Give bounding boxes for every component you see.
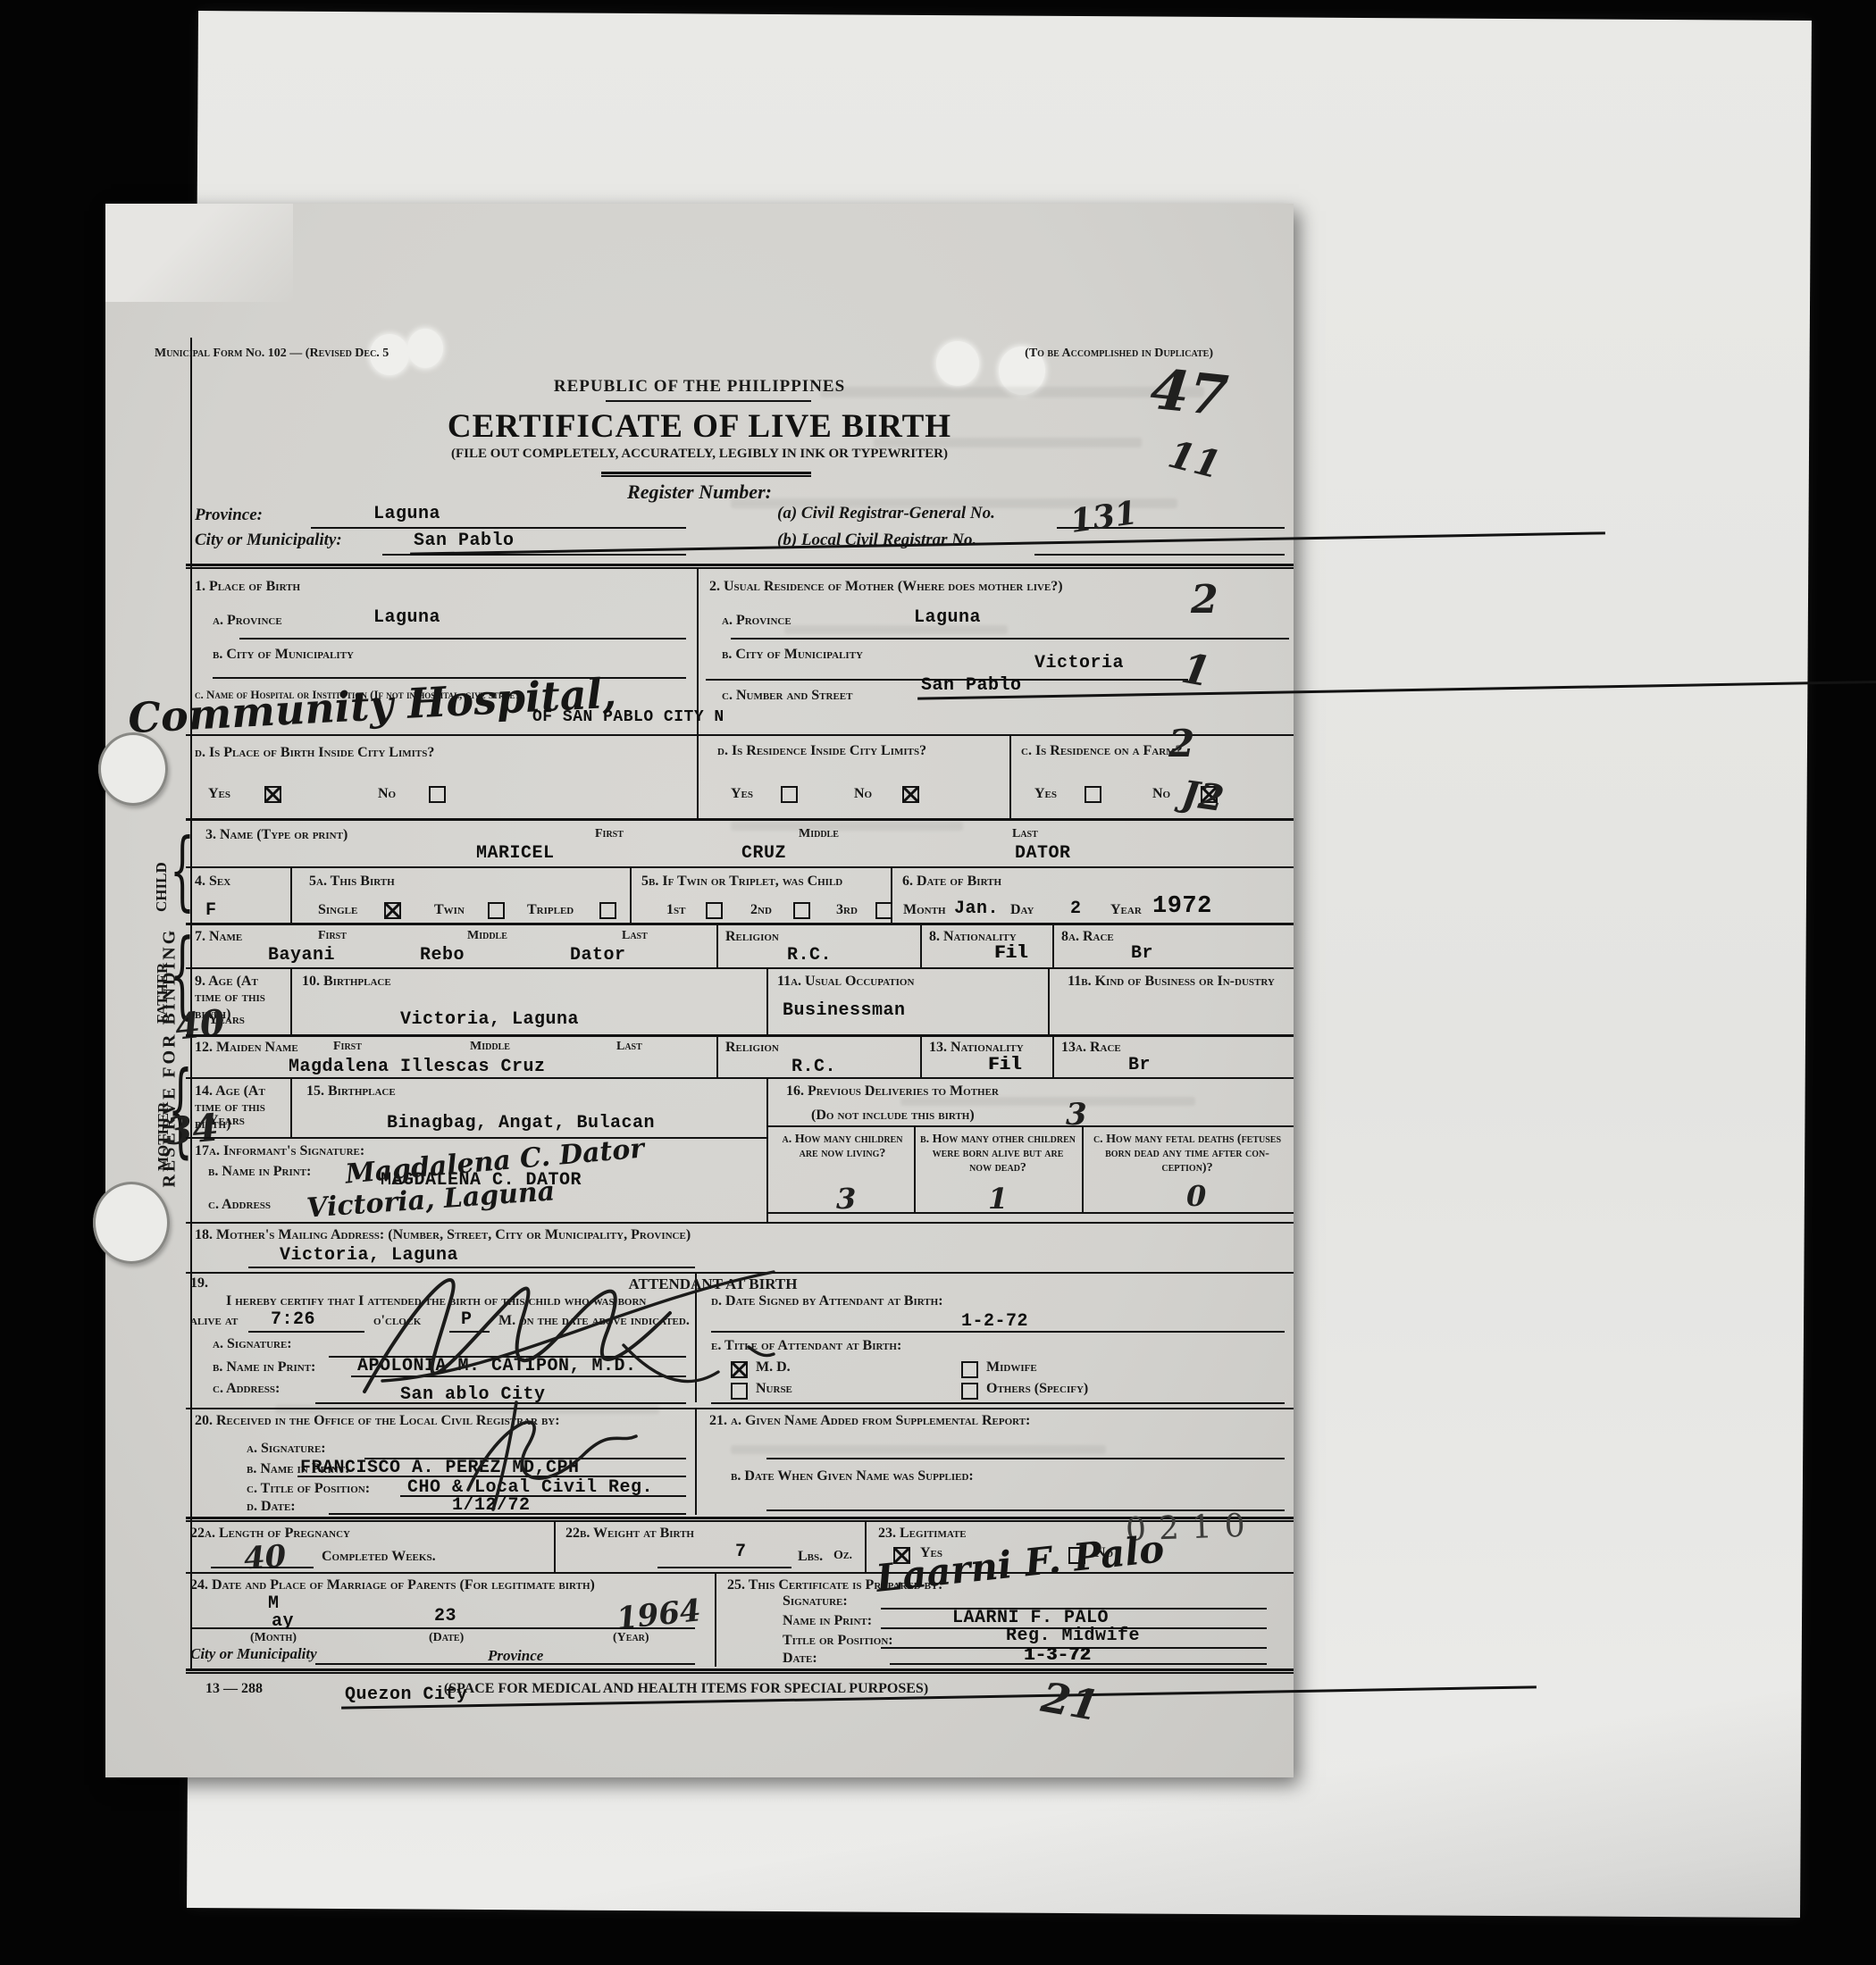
cell-divider — [716, 1034, 718, 1077]
place-no-label: No — [378, 786, 396, 802]
header-divider — [186, 564, 1294, 569]
cell-divider — [554, 1522, 556, 1572]
opt3-checkbox — [875, 902, 892, 919]
others-checkbox — [961, 1383, 978, 1400]
farm-tick: J2 — [1179, 773, 1227, 820]
completed-weeks-label: Completed Weeks. — [322, 1549, 436, 1565]
scanned-page: RESERVE FOR BINDING Municipal Form No. 1… — [0, 0, 1876, 1965]
reg-title-label: c. Title of Position: — [247, 1481, 370, 1497]
marriage-city-label: City or Municipality — [190, 1645, 317, 1663]
cell-divider — [766, 967, 768, 1034]
line — [186, 923, 1294, 925]
child-name-label: 3. Name (Type or print) — [205, 827, 348, 843]
footer-note: (SPACE FOR MEDICAL AND HEALTH ITEMS FOR … — [329, 1681, 1043, 1697]
opt2-label: 2nd — [750, 902, 772, 918]
line — [186, 1408, 1294, 1409]
certificate-title: CERTIFICATE OF LIVE BIRTH — [105, 407, 1294, 446]
living-value: 3 — [836, 1182, 856, 1216]
whiteout-blob — [407, 329, 443, 368]
hospital-handwritten: Community Hospital, — [127, 669, 617, 743]
mother-birthplace-value: Binagbag, Angat, Bulacan — [387, 1113, 655, 1133]
farm-divider — [1009, 734, 1011, 820]
father-birthplace-value: Victoria, Laguna — [400, 1009, 579, 1030]
mother-maiden-name: Magdalena Illescas Cruz — [289, 1057, 546, 1077]
single-checkbox — [384, 902, 401, 919]
republic-heading: REPUBLIC OF THE PHILIPPINES — [105, 377, 1294, 397]
marriage-province-label: Province — [488, 1647, 543, 1665]
last-col-label: Last — [1012, 827, 1038, 841]
md-label: M. D. — [756, 1359, 791, 1375]
q-dead: b. How many other children were born ali… — [920, 1133, 1076, 1175]
midwife-label: Midwife — [986, 1359, 1037, 1375]
prepared-title-value: Reg. Midwife — [1006, 1626, 1140, 1646]
prev-deliveries-label: 16. Previous Deliveries to Mother — [786, 1083, 999, 1100]
nurse-label: Nurse — [756, 1381, 792, 1397]
line — [329, 1513, 686, 1515]
footer-handwritten-mark: 21 — [1038, 1673, 1102, 1730]
province-line — [311, 527, 686, 529]
sex-label: 4. Sex — [195, 874, 230, 890]
att-sig-label: a. Signature: — [213, 1336, 292, 1352]
line — [186, 734, 1294, 736]
father-middle-lbl: Middle — [467, 929, 507, 943]
line — [211, 1567, 314, 1568]
cell-divider — [290, 967, 292, 1034]
child-first-name: MARICEL — [476, 843, 555, 864]
father-race: Br — [1131, 943, 1153, 964]
hospital-typed: OF SAN PABLO CITY N — [532, 708, 724, 726]
place-yes-checkbox — [264, 786, 281, 803]
line — [186, 866, 1294, 868]
year-paren-label: (Year) — [613, 1631, 649, 1645]
res-province-value: Laguna — [914, 607, 981, 628]
date-signed-label: d. Date Signed by Attendant at Birth: — [711, 1293, 943, 1309]
margin-mark-2: 2 — [1191, 577, 1219, 623]
prev-value: 3 — [1066, 1097, 1087, 1133]
place-of-birth-title: 1. Place of Birth — [195, 579, 300, 595]
farm-no-label: No — [1152, 786, 1170, 802]
line — [186, 967, 1294, 969]
form-number: Municipal Form No. 102 — (Revised Dec. 5 — [155, 347, 389, 361]
place-no-checkbox — [429, 786, 446, 803]
child-middle-name: CRUZ — [741, 843, 786, 864]
q-fetal: c. How many fetal deaths (fetuses born d… — [1088, 1133, 1286, 1175]
cell-divider — [290, 1077, 292, 1137]
att-title-label: e. Title of Attendant at Birth: — [711, 1338, 901, 1354]
father-first-lbl: First — [318, 929, 347, 943]
line — [766, 1125, 1294, 1127]
legitimate-label: 23. Legitimate — [878, 1526, 967, 1542]
twin-label: 5b. If Twin or Triplet, was Child — [641, 874, 842, 890]
item19-number: 19. — [190, 1275, 208, 1292]
res-yes-checkbox — [781, 786, 798, 803]
father-middle: Rebo — [420, 945, 465, 966]
cell-divider — [1052, 923, 1054, 967]
att-address-label: c. Address: — [213, 1381, 280, 1397]
alive-at-label: alive at — [190, 1313, 238, 1329]
day-label: Day — [1010, 902, 1034, 918]
heading-underline — [606, 400, 811, 402]
oz-label: Oz. — [833, 1549, 852, 1563]
prepared-date-label: Date: — [783, 1651, 817, 1667]
cell-divider — [290, 866, 292, 923]
mother-birthplace-label: 15. Birthplace — [306, 1083, 396, 1100]
line — [711, 1331, 1285, 1333]
opt2-checkbox — [793, 902, 810, 919]
supplemental-a-label: 21. a. Given Name Added from Supplementa… — [709, 1413, 1030, 1429]
mother-religion: R.C. — [791, 1057, 836, 1077]
maiden-name-label: 12. Maiden Name — [195, 1040, 298, 1056]
father-nationality: Fil — [994, 943, 1028, 964]
opt3-label: 3rd — [836, 902, 858, 918]
title-underline — [601, 472, 811, 477]
mother-first-lbl: First — [333, 1040, 362, 1054]
informant-sig-label: 17a. Informant's Signature: — [195, 1143, 364, 1159]
line — [239, 638, 686, 640]
place-city-label: b. City of Municipality — [213, 647, 354, 663]
dead-value: 1 — [988, 1182, 1008, 1216]
line — [186, 818, 1294, 821]
farm-yes-checkbox — [1085, 786, 1101, 803]
father-religion-label: Religion — [725, 929, 779, 945]
res-city-label: b. City of Municipality — [722, 647, 863, 663]
informant-address-label: c. Address — [208, 1197, 271, 1213]
others-label: Others (Specify) — [986, 1381, 1088, 1397]
supplemental-b-label: b. Date When Given Name was Supplied: — [731, 1468, 974, 1484]
line — [657, 1567, 791, 1568]
opt1-checkbox — [706, 902, 723, 919]
line — [766, 1212, 1294, 1214]
municipality-label: City or Municipality: — [195, 531, 342, 550]
res-no-checkbox — [902, 786, 919, 803]
punch-hole — [98, 732, 168, 806]
res-no-label: No — [854, 786, 872, 802]
nurse-checkbox — [731, 1383, 748, 1400]
certificate-subtitle: (FILE OUT COMPLETELY, ACCURATELY, LEGIBL… — [105, 447, 1294, 462]
line — [890, 1663, 1267, 1665]
registrar-general-label: (a) Civil Registrar-General No. — [777, 504, 995, 523]
father-religion: R.C. — [787, 945, 832, 966]
line — [186, 1137, 766, 1139]
punch-hole — [93, 1182, 170, 1264]
street-label: c. Number and Street — [722, 688, 852, 704]
mother-race: Br — [1128, 1055, 1151, 1075]
local-registrar-label: (b) Local Civil Registrar No. — [777, 531, 976, 550]
marriage-date: 23 — [434, 1606, 456, 1626]
reg-sig-label: a. Signature: — [247, 1441, 326, 1457]
prev-note: (Do not include this birth) — [811, 1108, 975, 1124]
birth-certificate-sheet: RESERVE FOR BINDING Municipal Form No. 1… — [105, 204, 1294, 1777]
section-divider — [695, 1408, 697, 1515]
father-name-label: 7. Name — [195, 929, 242, 945]
father-last: Dator — [570, 945, 626, 966]
midwife-checkbox — [961, 1361, 978, 1378]
cell-divider — [1082, 1125, 1084, 1212]
place-province-value: Laguna — [373, 607, 440, 628]
torn-corner — [105, 204, 293, 302]
month-paren-label: (Month) — [250, 1631, 297, 1645]
cell-divider — [914, 1125, 916, 1212]
attendant-signature — [329, 1240, 793, 1418]
res-province-label: a. Province — [722, 613, 791, 629]
cell-divider — [1048, 967, 1050, 1034]
municipality-value-struck: San Pablo — [414, 531, 1602, 551]
cell-divider — [766, 1077, 768, 1222]
place-limits-question: d. Is Place of Birth Inside City Limits? — [195, 745, 434, 761]
father-occupation-label: 11a. Usual Occupation — [777, 974, 914, 990]
prepared-title-label: Title or Position: — [783, 1633, 893, 1649]
mother-race-label: 13a. Race — [1061, 1040, 1121, 1056]
section-divider — [715, 1572, 716, 1667]
mother-religion-label: Religion — [725, 1040, 779, 1056]
twin-checkbox — [488, 902, 505, 919]
cell-divider — [920, 1034, 922, 1077]
q-living: a. How many children are now living? — [777, 1133, 908, 1161]
margin-number-47: 47 — [1147, 356, 1230, 430]
tripled-label: Tripled — [527, 902, 574, 918]
section-divider — [697, 569, 699, 820]
weight-lbs-value: 7 — [735, 1542, 747, 1562]
cell-divider — [865, 1522, 867, 1572]
marriage-label: 24. Date and Place of Marriage of Parent… — [190, 1577, 595, 1593]
date-paren-label: (Date) — [429, 1631, 464, 1645]
farm-question: c. Is Residence on a Farm? — [1021, 743, 1280, 759]
cell-divider — [630, 866, 632, 923]
local-registrar-line — [1034, 554, 1285, 556]
fetal-value: 0 — [1186, 1179, 1206, 1213]
line — [186, 1668, 1294, 1674]
father-occupation-value: Businessman — [783, 1000, 906, 1021]
opt1-label: 1st — [666, 902, 685, 918]
line — [186, 1034, 1294, 1037]
father-birthplace-label: 10. Birthplace — [302, 974, 391, 990]
line — [711, 1402, 1285, 1404]
dob-label: 6. Date of Birth — [902, 874, 1001, 890]
res-inside-question: d. Is Residence Inside City Limits? — [717, 743, 994, 759]
place-yes-label: Yes — [208, 786, 230, 802]
farm-yes-label: Yes — [1034, 786, 1057, 802]
residence-title: 2. Usual Residence of Mother (Where does… — [709, 579, 1063, 595]
father-first: Bayani — [268, 945, 335, 966]
line — [706, 679, 1188, 681]
line — [186, 1222, 1294, 1224]
father-last-lbl: Last — [622, 929, 648, 943]
bleed-through — [731, 822, 963, 831]
time-value: 7:26 — [271, 1309, 315, 1330]
month-value: Jan. — [954, 899, 999, 919]
line — [186, 1077, 1294, 1079]
mother-nationality: Fil — [988, 1055, 1022, 1075]
bleed-through — [731, 1445, 1106, 1454]
province-label: Province: — [195, 506, 263, 525]
province-value: Laguna — [373, 504, 440, 524]
reg-date-label: d. Date: — [247, 1499, 296, 1515]
child-last-name: DATOR — [1015, 843, 1071, 864]
md-checkbox — [731, 1361, 748, 1378]
middle-col-label: Middle — [799, 827, 839, 841]
mother-last-lbl: Last — [616, 1040, 642, 1054]
child-brace: { — [170, 821, 195, 921]
cell-divider — [920, 923, 922, 967]
prepared-print-label: Name in Print: — [783, 1613, 872, 1629]
line — [315, 1663, 695, 1665]
father-band-label: FATHER — [154, 934, 172, 1024]
father-business-label: 11b. Kind of Business or In-dustry — [1054, 974, 1288, 990]
res-yes-label: Yes — [731, 786, 753, 802]
municipality-line — [382, 554, 686, 556]
cell-divider — [716, 923, 718, 967]
line — [190, 1627, 695, 1629]
informant-print-label: b. Name in Print: — [208, 1164, 311, 1180]
res-city-value: Victoria — [1034, 653, 1124, 673]
first-col-label: First — [595, 827, 624, 841]
sex-value: F — [205, 900, 217, 921]
farm-mark: 2 — [1168, 722, 1194, 765]
mother-middle-lbl: Middle — [470, 1040, 510, 1054]
registrar-signature — [436, 1397, 650, 1513]
day-value: 2 — [1070, 899, 1082, 919]
single-label: Single — [318, 902, 357, 918]
mother-nationality-label: 13. Nationality — [929, 1040, 1024, 1056]
month-label: Month — [903, 902, 946, 918]
year-label: Year — [1110, 902, 1142, 918]
footer-code: 13 — 288 — [205, 1681, 263, 1697]
tripled-checkbox — [599, 902, 616, 919]
cell-divider — [1052, 1034, 1054, 1077]
father-race-label: 8a. Race — [1061, 929, 1114, 945]
child-band-label: CHILD — [153, 832, 171, 912]
year-value: 1972 — [1152, 893, 1212, 920]
lbs-label: Lbs. — [798, 1549, 823, 1565]
att-print-label: b. Name in Print: — [213, 1359, 315, 1375]
this-birth-label: 5a. This Birth — [309, 874, 395, 890]
twin-opt-label: Twin — [434, 902, 465, 918]
line — [766, 1458, 1285, 1459]
weight-label: 22b. Weight at Birth — [565, 1526, 694, 1542]
line — [731, 638, 1289, 640]
place-province-label: a. Province — [213, 613, 282, 629]
prepared-sig-label: Signature: — [783, 1593, 848, 1610]
date-signed-value: 1-2-72 — [961, 1311, 1028, 1332]
